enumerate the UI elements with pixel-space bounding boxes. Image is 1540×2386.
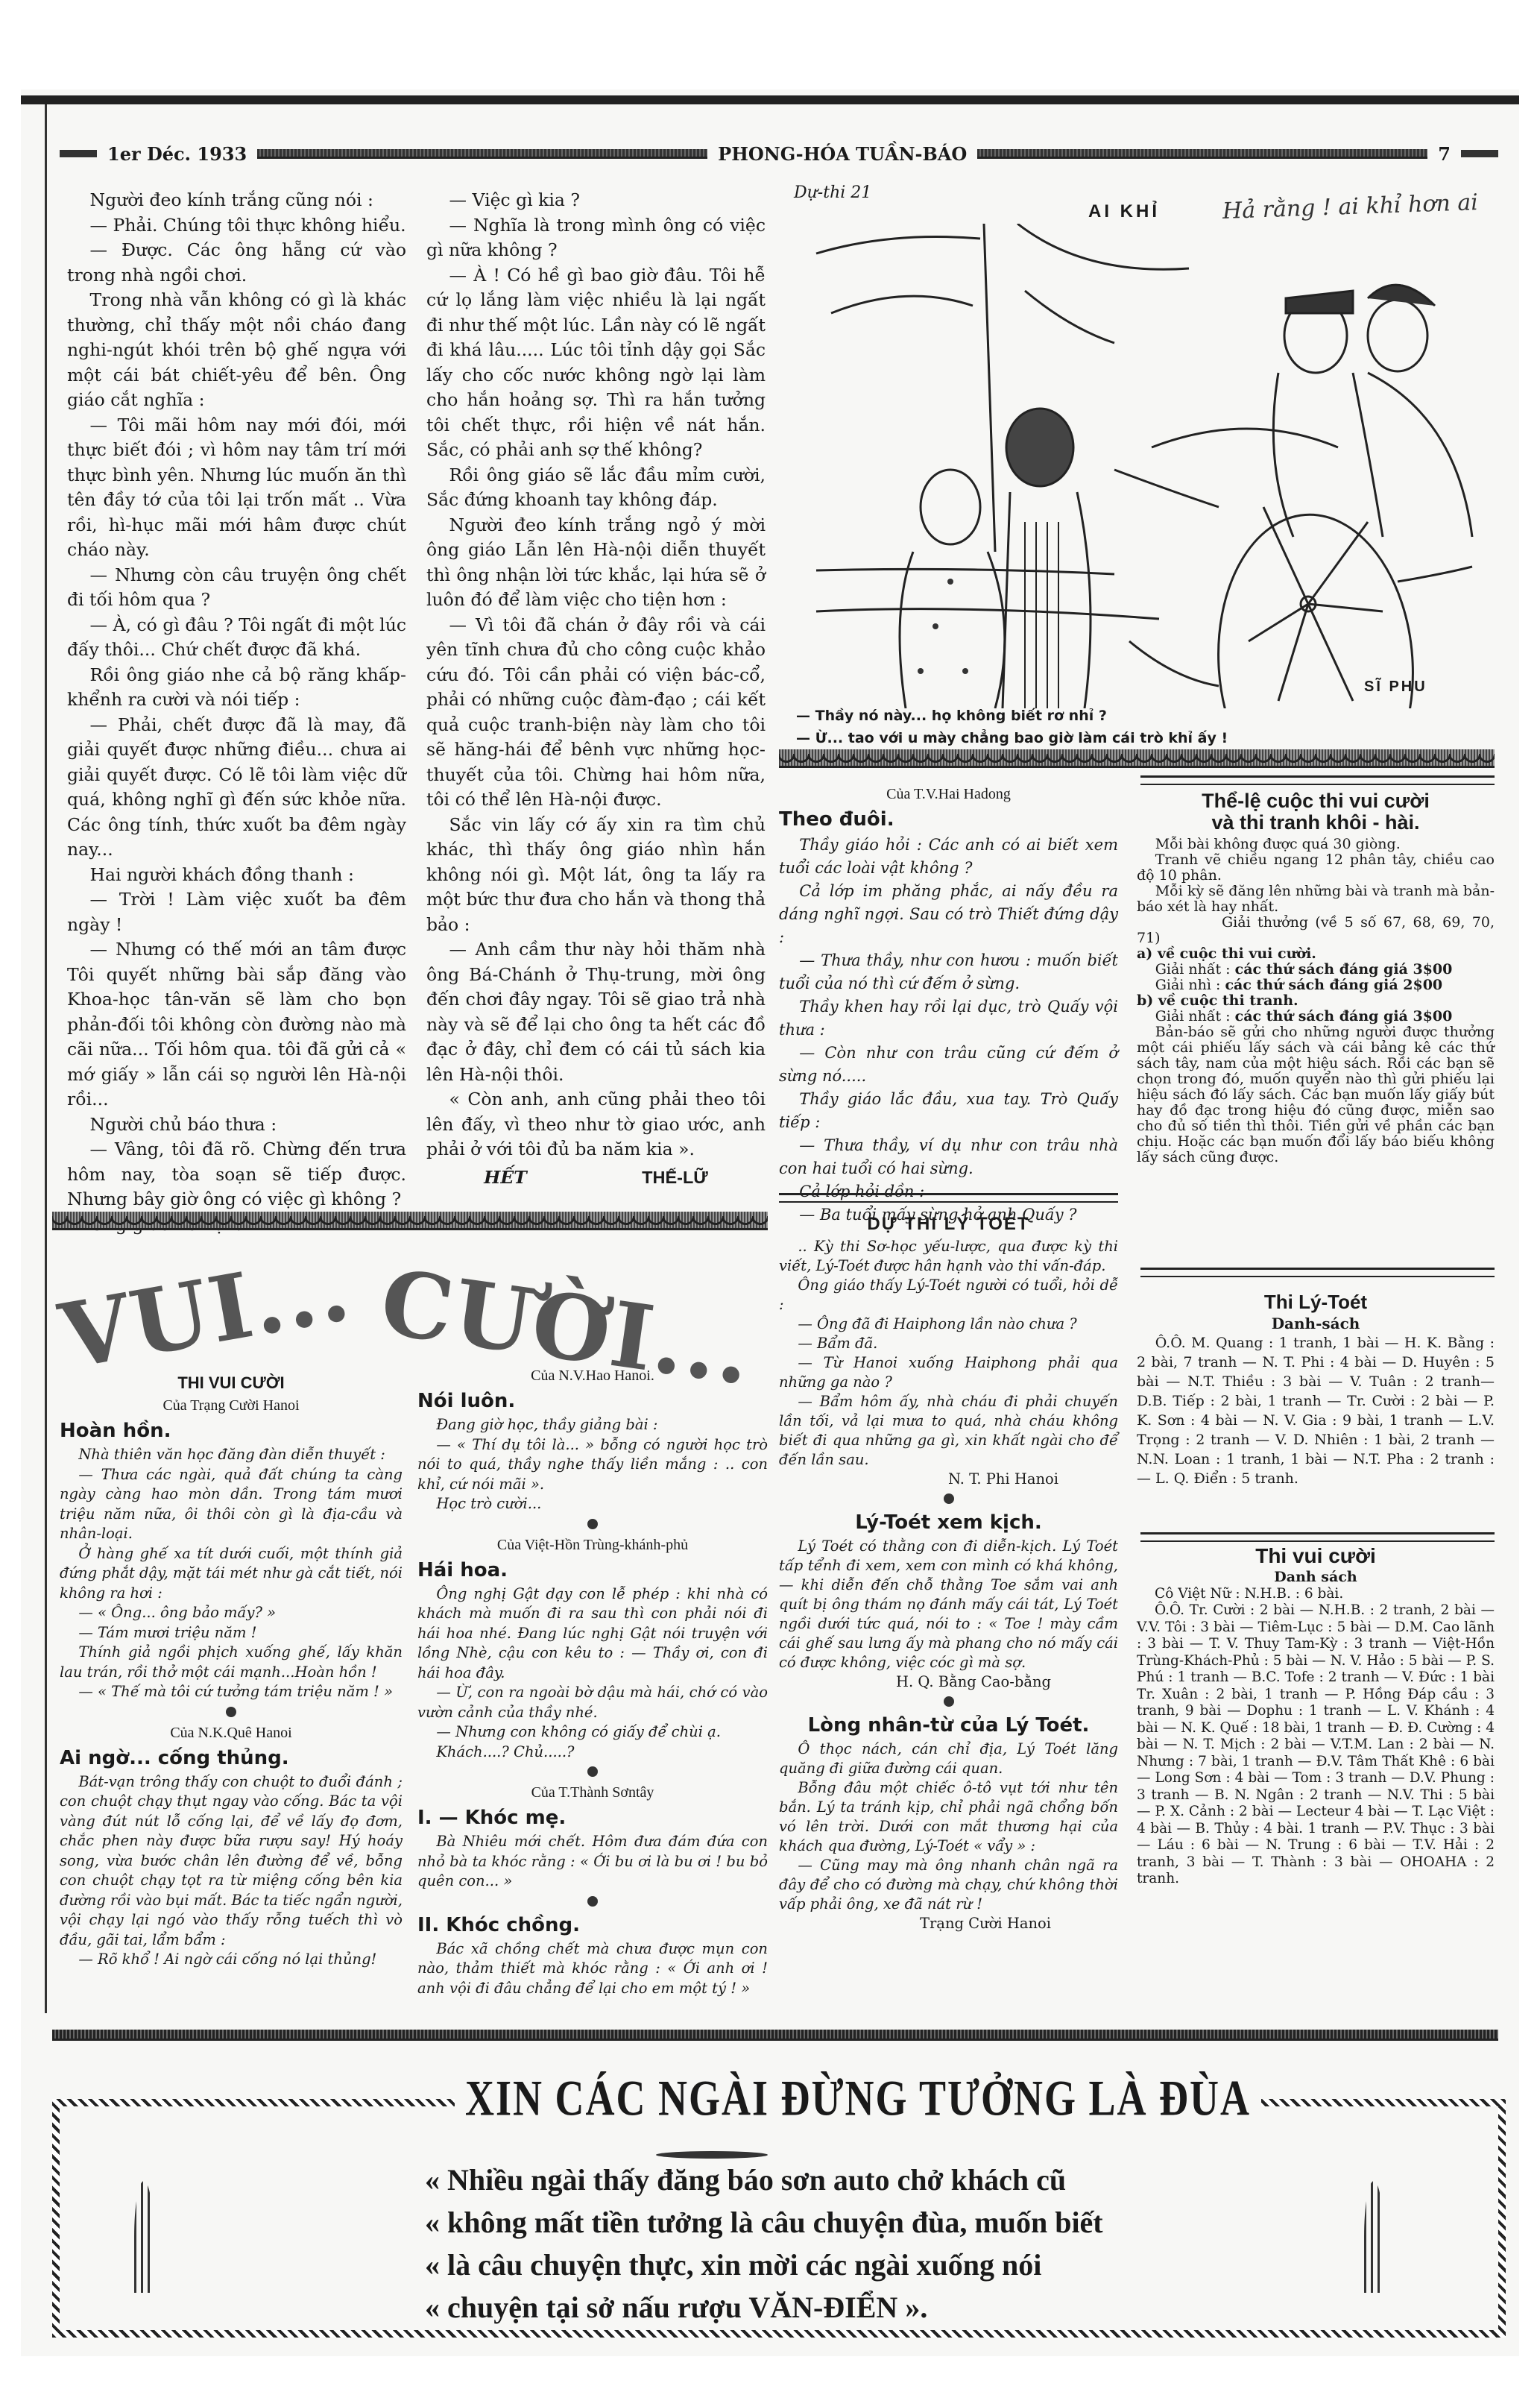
story-title: Theo đuôi. (779, 805, 1118, 834)
list-title: Thi Lý-Toét (1137, 1290, 1495, 1314)
paragraph: Ô thọc nách, cán chỉ địa, Lý Toét lăng q… (779, 1740, 1118, 1778)
advertisement: XIN CÁC NGÀI ĐỪNG TƯỞNG LÀ ĐÙA « Nhiều n… (52, 2069, 1498, 2338)
paragraph: — Việc gì kia ? (426, 188, 766, 213)
humor-column-1: THI VUI CƯỜI Của Trạng Cười Hanoi Hoàn h… (60, 1372, 403, 1970)
caption-line: — Thầy nó này... họ không biết rơ nhỉ ? (796, 705, 1467, 727)
vui-cuoi-banner: VUI... CƯỜI... (45, 1253, 730, 1372)
double-rule (1140, 775, 1495, 785)
story-title: Ai ngờ... cống thủng. (60, 1744, 403, 1772)
double-rule (1140, 1268, 1495, 1277)
entrant-list-line: Cô Việt Nữ : N.H.B. : 6 bài. (1137, 1586, 1495, 1603)
story-column-1: Người đeo kính trắng cũng nói : — Phải. … (67, 188, 406, 1237)
left-edge (45, 104, 47, 2013)
story-title: I. — Khóc mẹ. (417, 1804, 768, 1832)
rules-title: và thi tranh khôi - hài. (1137, 811, 1495, 834)
paragraph: Mỗi kỳ sẽ đăng lên những bài và tranh mà… (1137, 884, 1495, 915)
ad-body: « Nhiều ngài thấy đăng báo sơn auto chở … (425, 2159, 1140, 2329)
paragraph: — Anh cầm thư này hỏi thăm nhà ông Bá-Ch… (426, 937, 766, 1087)
caption-line: — Ừ... tao với u mày chẳng bao giờ làm c… (796, 727, 1467, 749)
cartoon-artist: SĨ PHU (1364, 679, 1427, 696)
paragraph: — À, có gì đâu ? Tôi ngất đi một lúc đấy… (67, 613, 406, 663)
signature: N. T. Phi Hanoi (779, 1470, 1118, 1489)
story-title: II. Khóc chồng. (417, 1911, 768, 1939)
ad-line: « chuyện tại sở nấu rượu VĂN-ĐIỂN ». (425, 2286, 1140, 2329)
signature: H. Q. Bằng Cao-bằng (779, 1672, 1118, 1692)
paragraph: Người chủ báo thưa : (67, 1112, 406, 1138)
paragraph: Hai người khách đồng thanh : (67, 863, 406, 888)
paragraph: Sắc vin lấy cớ ấy xin ra tìm chủ khác, t… (426, 813, 766, 938)
paragraph: Bỗng đâu một chiếc ô-tô vụt tới như tên … (779, 1778, 1118, 1856)
paragraph: « Còn anh, anh cũng phải theo tôi lên đấ… (426, 1087, 766, 1162)
publication-title: PHONG-HÓA TUẦN-BÁO (718, 143, 967, 165)
story-byline: Của N.V.Hao Hanoi. (417, 1364, 768, 1387)
paragraph: — « Ông... ông bảo mấy? » (60, 1603, 403, 1623)
ad-line: « không mất tiền tưởng là câu chuyện đùa… (425, 2201, 1140, 2244)
list-subtitle: Danh-sách (1137, 1314, 1495, 1333)
cartoon-title: AI KHỈ (1088, 201, 1160, 222)
theo-duoi-story: Của T.V.Hai Hadong Theo đuôi. Thầy giáo … (779, 783, 1118, 1227)
prize-label: Giải nhì : (1155, 977, 1221, 993)
bullet-ornament (587, 1896, 598, 1907)
page-header: 1er Déc. 1933 PHONG-HÓA TUẦN-BÁO 7 (60, 139, 1498, 169)
paragraph: — Thưa các ngài, quả đất chúng ta càng n… (60, 1465, 403, 1544)
prize-label: Giải nhất : (1155, 961, 1231, 978)
paragraph: Bản-báo sẽ gửi cho những người được thưở… (1137, 1024, 1495, 1165)
paragraph: Mỗi bài không được quá 30 giòng. (1137, 837, 1495, 852)
end-label: HẾT (484, 1165, 527, 1191)
paragraph: — Được. Các ông hẵng cứ vào trong nhà ng… (67, 238, 406, 288)
entrant-list: Ô.Ô. Tr. Cười : 2 bài — N.H.B. : 2 tranh… (1137, 1602, 1495, 1888)
prize-section: a) về cuộc thi vui cười. (1137, 946, 1495, 962)
paragraph: — À ! Có hề gì bao giờ đâu. Tôi hễ cứ lọ… (426, 263, 766, 463)
wavy-divider (52, 1212, 768, 1230)
prize-value: các thứ sách đáng giá 3$00 (1235, 1008, 1453, 1024)
wavy-divider (779, 749, 1495, 768)
story-byline: Của Việt-Hồn Trùng-khánh-phủ (417, 1534, 768, 1556)
issue-date: 1er Déc. 1933 (107, 143, 247, 165)
paragraph: — Rõ khổ ! Ai ngờ cái cống nó lại thủng! (60, 1950, 403, 1970)
paragraph: Bác xã chồng chết mà chưa được mụn con n… (417, 1939, 768, 1999)
paragraph: Thính giả ngồi phịch xuống ghế, lấy khăn… (60, 1643, 403, 1682)
story-title: Nói luôn. (417, 1387, 768, 1415)
section-heading: DỰ THI LÝ TOÉT (779, 1212, 1118, 1237)
prizes-heading: Giải thưởng (về 5 số 67, 68, 69, 70, 71) (1137, 915, 1495, 946)
paragraph: Người đeo kính trắng ngỏ ý mời ông giáo … (426, 513, 766, 613)
story-byline: Của N.K.Quê Hanoi (60, 1722, 403, 1744)
page-number: 7 (1438, 143, 1451, 165)
paragraph: — Nhưng còn câu truyện ông chết đi tối h… (67, 563, 406, 613)
paragraph: — Vâng, tôi đã rõ. Chừng đến trưa hôm na… (67, 1137, 406, 1212)
contest-rules: Thể-lệ cuộc thi vui cười và thi tranh kh… (1137, 790, 1495, 1165)
paragraph: — Nhưng con không có giấy để chùi ạ. (417, 1722, 768, 1743)
paragraph: .. Kỳ thi Sơ-học yếu-lược, qua được kỳ t… (779, 1237, 1118, 1276)
bullet-ornament (587, 1519, 598, 1529)
paragraph: — Thưa thầy, như con hươu : muốn biết tu… (779, 949, 1118, 995)
paragraph: — Cũng may mà ông nhanh chân ngã ra đây … (779, 1856, 1118, 1914)
paragraph: — Từ Hanoi xuống Haiphong phải qua những… (779, 1353, 1118, 1392)
paragraph: — « Thế mà tôi cứ tưởng tám triệu năm ! … (60, 1682, 403, 1702)
story-title: Lòng nhân-từ của Lý Toét. (779, 1711, 1118, 1740)
paragraph: Nhà thiên văn học đăng đàn diễn thuyết : (60, 1445, 403, 1465)
paragraph: — Phải. Chúng tôi thực không hiểu. (67, 213, 406, 239)
paragraph: — Bẩm hôm ấy, nhà cháu đi phải chuyến lầ… (779, 1392, 1118, 1470)
contest-entry-label: Dự-thi 21 (794, 183, 871, 202)
paragraph: — Tôi mãi hôm nay mới đói, mới thực biết… (67, 413, 406, 563)
paragraph: Đang giờ học, thầy giảng bài : (417, 1415, 768, 1435)
header-rule (977, 149, 1427, 159)
entrant-list: Ô.Ô. M. Quang : 1 tranh, 1 bài — H. K. B… (1137, 1333, 1495, 1488)
double-rule (1140, 1532, 1495, 1542)
paragraph: Trong nhà vẫn không có gì là khác thường… (67, 288, 406, 413)
paragraph: — Ông đã đi Haiphong lần nào chưa ? (779, 1315, 1118, 1334)
signature: Trạng Cười Hanoi (779, 1914, 1118, 1933)
header-rule (1461, 150, 1498, 157)
banner-word-vui: VUI... (53, 1236, 359, 1390)
ly-toet-entrants: Thi Lý-Toét Danh-sách Ô.Ô. M. Quang : 1 … (1137, 1290, 1495, 1488)
story-title: Lý-Toét xem kịch. (779, 1508, 1118, 1537)
story-author: THẾ-LỮ (642, 1165, 708, 1191)
vui-cuoi-entrants: Thi vui cười Danh sách Cô Việt Nữ : N.H.… (1137, 1543, 1495, 1888)
grass-ornament-icon (1364, 2181, 1383, 2293)
paragraph: Thầy giáo lắc đầu, xua tay. Trò Quấy tiế… (779, 1088, 1118, 1134)
prize-label: Giải nhất : (1155, 1008, 1231, 1024)
heavy-rule (52, 2030, 1498, 2041)
paragraph: — Nhưng có thế mới an tâm được Tôi quyết… (67, 937, 406, 1112)
story-byline: Của T.Thành Sơntây (417, 1781, 768, 1804)
paragraph: — Trời ! Làm việc xuốt ba đêm ngày ! (67, 887, 406, 937)
bullet-ornament (226, 1707, 236, 1717)
paragraph: Rồi ông giáo sẽ lắc đầu mỉm cười, Sắc đứ… (426, 463, 766, 513)
ornament-divider (656, 2151, 768, 2159)
paragraph: Học trò cười... (417, 1494, 768, 1514)
paragraph: — Phải, chết được đã là may, đã giải quy… (67, 713, 406, 863)
story-byline: Của T.V.Hai Hadong (779, 783, 1118, 805)
prize-section: b) về cuộc thi tranh. (1137, 993, 1495, 1009)
humor-column-2: Của N.V.Hao Hanoi. Nói luôn. Đang giờ họ… (417, 1364, 768, 1998)
paragraph: Rồi ông giáo nhe cả bộ răng khấp-khểnh r… (67, 663, 406, 713)
paragraph: — Vì tôi đã chán ở đây rồi và cái yên tĩ… (426, 613, 766, 813)
paragraph: — Bẩm đã. (779, 1334, 1118, 1353)
paragraph: Ông giáo thấy Lý-Toét người có tuổi, hỏi… (779, 1276, 1118, 1315)
paragraph: Ở hàng ghế xa tít dưới cuối, một thính g… (60, 1544, 403, 1604)
list-title: Thi vui cười (1137, 1543, 1495, 1569)
paragraph: Thầy giáo hỏi : Các anh có ai biết xem t… (779, 834, 1118, 880)
paragraph: — « Thí dụ tôi là... » bỗng có người học… (417, 1435, 768, 1495)
paragraph: Khách....? Chủ.....? (417, 1743, 768, 1763)
grass-ornament-icon (134, 2181, 154, 2293)
paragraph: Người đeo kính trắng cũng nói : (67, 188, 406, 213)
story-column-2: — Việc gì kia ? — Nghĩa là trong mình ôn… (426, 188, 766, 1190)
paragraph: Ông nghị Gật dạy con lễ phép : khi nhà c… (417, 1584, 768, 1684)
top-border (21, 95, 1519, 104)
list-subtitle: Danh sách (1137, 1569, 1495, 1586)
ad-line: « là câu chuyện thực, xin mời các ngài x… (425, 2244, 1140, 2286)
header-rule (60, 150, 97, 157)
prize-value: các thứ sách đáng giá 2$00 (1225, 977, 1442, 993)
paragraph: — Còn như con trâu cũng cứ đếm ở sừng nó… (779, 1042, 1118, 1088)
paragraph: Bà Nhiêu mới chết. Hôm đưa đám đứa con n… (417, 1832, 768, 1892)
prize-value: các thứ sách đáng giá 3$00 (1235, 961, 1453, 978)
bullet-ornament (944, 1493, 954, 1504)
cartoon-caption: — Thầy nó này... họ không biết rơ nhỉ ? … (796, 705, 1467, 749)
paragraph: Lý Toét có thằng con đi diễn-kịch. Lý To… (779, 1537, 1118, 1672)
bullet-ornament (944, 1696, 954, 1707)
paragraph: — Thưa thầy, ví dụ như con trâu nhà con … (779, 1134, 1118, 1180)
paragraph: — Ừ, con ra ngoài bờ dậu mà hái, chớ có … (417, 1683, 768, 1722)
paragraph: Bát-vạn trông thấy con chuột to đuổi đán… (60, 1772, 403, 1951)
cartoon-illustration (801, 224, 1502, 708)
section-heading: THI VUI CƯỜI (60, 1372, 403, 1394)
double-rule (779, 1193, 1118, 1203)
ad-line: « Nhiều ngài thấy đăng báo sơn auto chở … (425, 2159, 1140, 2201)
header-rule (257, 149, 707, 159)
ly-toet-column: DỰ THI LÝ TOÉT .. Kỳ thi Sơ-học yếu-lược… (779, 1212, 1118, 1933)
bullet-ornament (587, 1766, 598, 1777)
paragraph: — Tám mươi triệu năm ! (60, 1623, 403, 1643)
rules-title: Thể-lệ cuộc thi vui cười (1137, 790, 1495, 811)
story-title: Hoàn hồn. (60, 1417, 403, 1445)
ad-title: XIN CÁC NGÀI ĐỪNG TƯỞNG LÀ ĐÙA (455, 2069, 1261, 2127)
paragraph: Cả lớp im phăng phắc, ai nấy đều ra dáng… (779, 880, 1118, 949)
paragraph: — Nghĩa là trong mình ông có việc gì nữa… (426, 213, 766, 263)
story-byline: Của Trạng Cười Hanoi (60, 1394, 403, 1417)
paragraph: Tranh vẽ chiều ngang 12 phân tây, chiều … (1137, 852, 1495, 884)
story-title: Hái hoa. (417, 1556, 768, 1584)
paragraph: Thầy khen hay rồi lại dục, trò Quấy vội … (779, 995, 1118, 1042)
